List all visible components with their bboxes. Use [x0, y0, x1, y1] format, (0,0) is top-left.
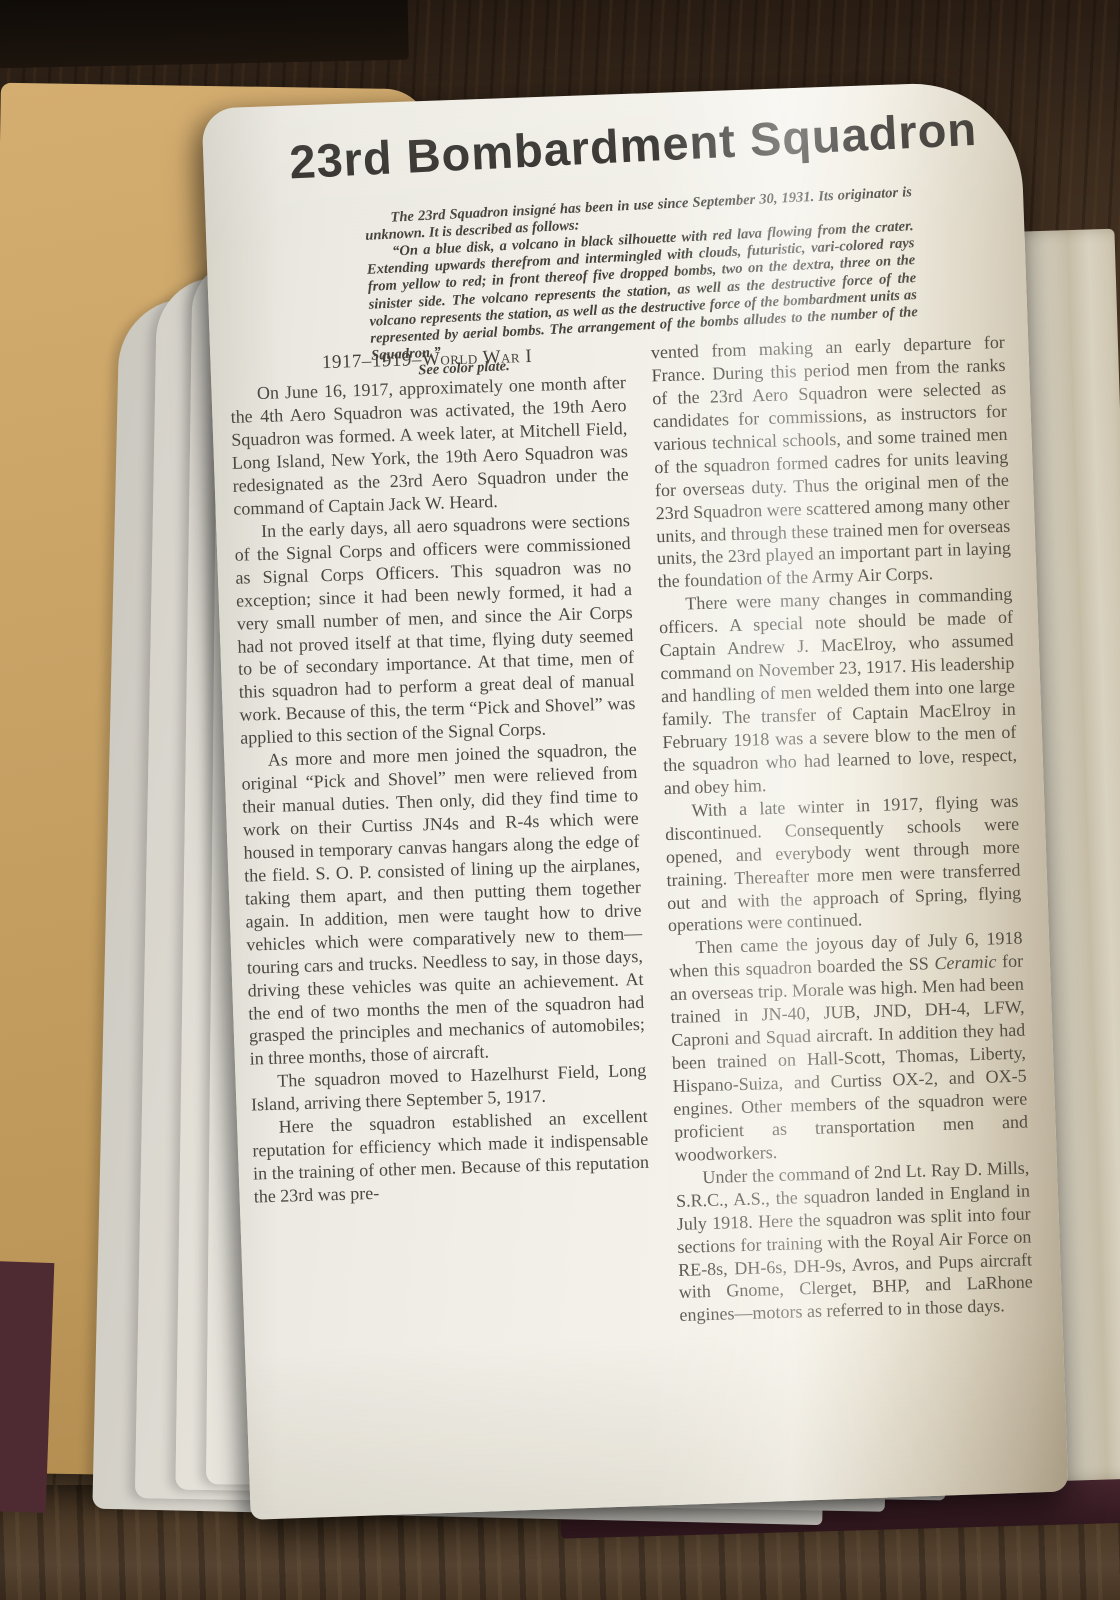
- body-paragraph: As more and more men joined the squadron…: [241, 738, 646, 1071]
- body-paragraph: Under the command of 2nd Lt. Ray D. Mill…: [675, 1156, 1034, 1327]
- body-paragraph: vented from making an early departure fo…: [651, 331, 1012, 594]
- body-paragraph: Then came the joyous day of July 6, 1918…: [668, 927, 1029, 1167]
- book-page: 23rd Bombardment Squadron The 23rd Squad…: [202, 80, 1069, 1520]
- ship-paragraph-post: for an overseas trip. Morale was high. M…: [670, 951, 1029, 1165]
- left-column: 1917–1919–World War I On June 16, 1917, …: [229, 342, 654, 1340]
- two-column-text: 1917–1919–World War I On June 16, 1917, …: [229, 331, 1034, 1340]
- body-paragraph: Here the squadron established an excelle…: [251, 1105, 650, 1208]
- body-paragraph: With a late winter in 1917, flying was d…: [664, 789, 1022, 937]
- dark-shadow-top-left: [0, 0, 409, 68]
- page-title: 23rd Bombardment Squadron: [272, 100, 994, 190]
- cover-sliver-left: [0, 1261, 54, 1513]
- right-column: vented from making an early departure fo…: [651, 331, 1034, 1327]
- body-paragraph: On June 16, 1917, approximately one mont…: [230, 371, 630, 520]
- body-paragraph: In the early days, all aero squadrons we…: [234, 509, 637, 750]
- ship-name-italic: Ceramic: [934, 952, 997, 974]
- body-paragraph: There were many changes in commanding of…: [658, 583, 1018, 800]
